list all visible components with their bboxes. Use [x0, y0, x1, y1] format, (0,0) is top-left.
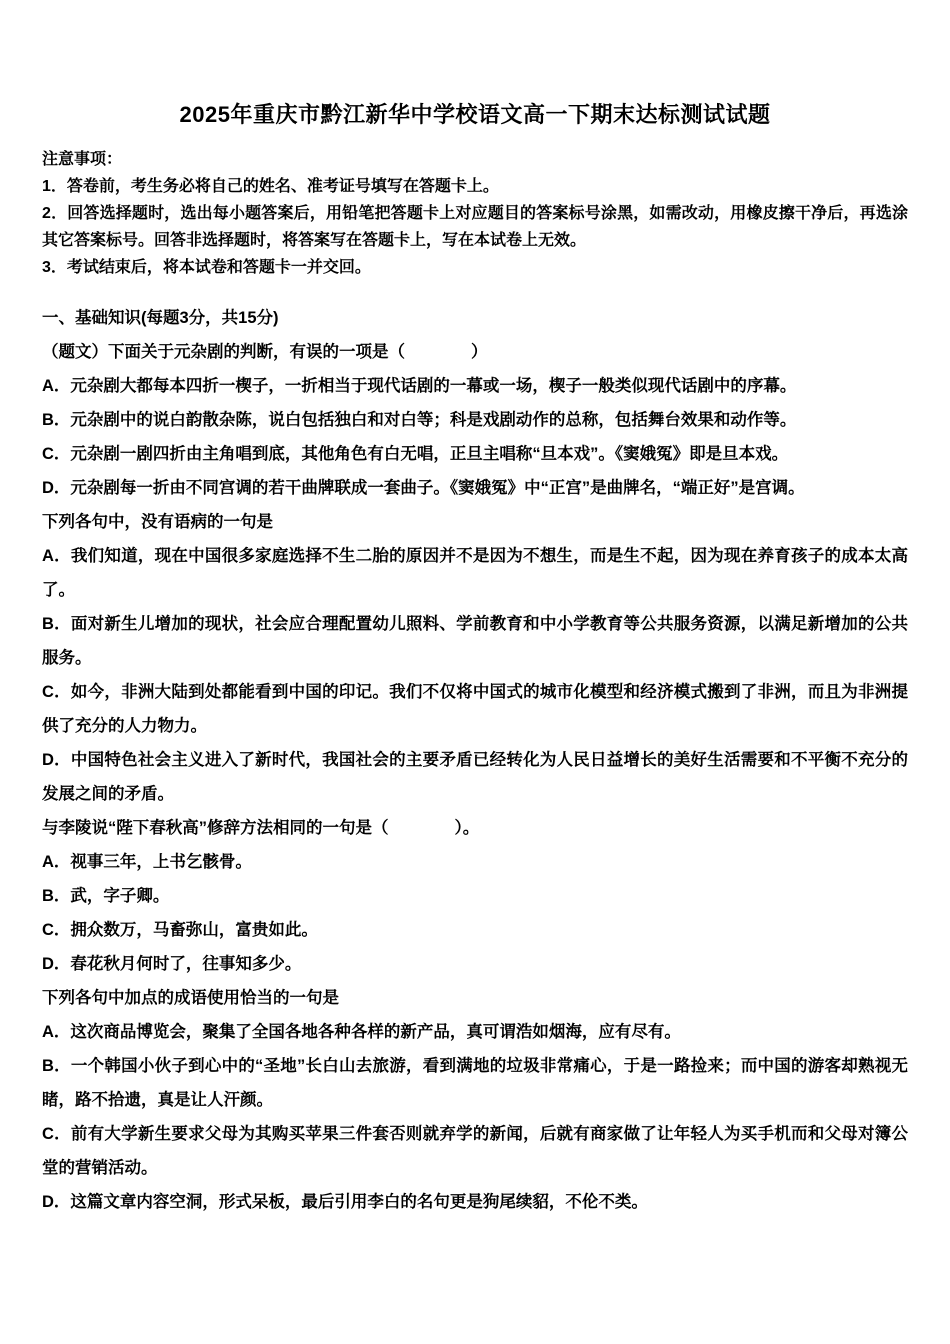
notice-item-3: 3．考试结束后，将本试卷和答题卡一并交回。	[42, 254, 908, 281]
section-heading: 一、基础知识(每题3分，共15分)	[42, 301, 908, 335]
notice-section: 注意事项： 1．答卷前，考生务必将自己的姓名、准考证号填写在答题卡上。 2．回答…	[42, 146, 908, 281]
question-3-stem: 与李陵说“陛下春秋高”修辞方法相同的一句是（ ）。	[42, 811, 908, 845]
question-1-option-d: D．元杂剧每一折由不同宫调的若干曲牌联成一套曲子。《窦娥冤》中“正宫”是曲牌名，…	[42, 471, 908, 505]
question-2-option-c: C．如今，非洲大陆到处都能看到中国的印记。我们不仅将中国式的城市化模型和经济模式…	[42, 675, 908, 743]
question-2-stem: 下列各句中，没有语病的一句是	[42, 505, 908, 539]
question-4-option-d: D．这篇文章内容空洞，形式呆板，最后引用李白的名句更是狗尾续貂，不伦不类。	[42, 1185, 908, 1219]
question-3-option-a: A．视事三年，上书乞骸骨。	[42, 845, 908, 879]
question-3-option-b: B．武，字子卿。	[42, 879, 908, 913]
question-2-option-b: B．面对新生儿增加的现状，社会应合理配置幼儿照料、学前教育和中小学教育等公共服务…	[42, 607, 908, 675]
question-3-option-d: D．春花秋月何时了，往事知多少。	[42, 947, 908, 981]
question-4-option-c: C．前有大学新生要求父母为其购买苹果三件套否则就弃学的新闻，后就有商家做了让年轻…	[42, 1117, 908, 1185]
question-3-option-c: C．拥众数万，马畜弥山，富贵如此。	[42, 913, 908, 947]
questions-section: 一、基础知识(每题3分，共15分) （题文）下面关于元杂剧的判断，有误的一项是（…	[42, 301, 908, 1219]
exam-page: 2025年重庆市黔江新华中学校语文高一下期末达标测试试题 注意事项： 1．答卷前…	[0, 0, 950, 1344]
question-2-option-d: D．中国特色社会主义进入了新时代，我国社会的主要矛盾已经转化为人民日益增长的美好…	[42, 743, 908, 811]
notice-heading: 注意事项：	[42, 146, 908, 173]
question-4-stem: 下列各句中加点的成语使用恰当的一句是	[42, 981, 908, 1015]
notice-item-1: 1．答卷前，考生务必将自己的姓名、准考证号填写在答题卡上。	[42, 173, 908, 200]
question-4-option-b: B．一个韩国小伙子到心中的“圣地”长白山去旅游，看到满地的垃圾非常痛心，于是一路…	[42, 1049, 908, 1117]
question-1-stem: （题文）下面关于元杂剧的判断，有误的一项是（ ）	[42, 335, 908, 369]
question-1-option-a: A．元杂剧大都每本四折一楔子，一折相当于现代话剧的一幕或一场，楔子一般类似现代话…	[42, 369, 908, 403]
exam-title: 2025年重庆市黔江新华中学校语文高一下期末达标测试试题	[42, 100, 908, 130]
question-1-option-c: C．元杂剧一剧四折由主角唱到底，其他角色有白无唱，正旦主唱称“旦本戏”。《窦娥冤…	[42, 437, 908, 471]
question-2-option-a: A．我们知道，现在中国很多家庭选择不生二胎的原因并不是因为不想生，而是生不起，因…	[42, 539, 908, 607]
question-1-option-b: B．元杂剧中的说白韵散杂陈，说白包括独白和对白等；科是戏剧动作的总称，包括舞台效…	[42, 403, 908, 437]
notice-item-2: 2．回答选择题时，选出每小题答案后，用铅笔把答题卡上对应题目的答案标号涂黑，如需…	[42, 200, 908, 254]
question-4-option-a: A．这次商品博览会，聚集了全国各地各种各样的新产品，真可谓浩如烟海，应有尽有。	[42, 1015, 908, 1049]
